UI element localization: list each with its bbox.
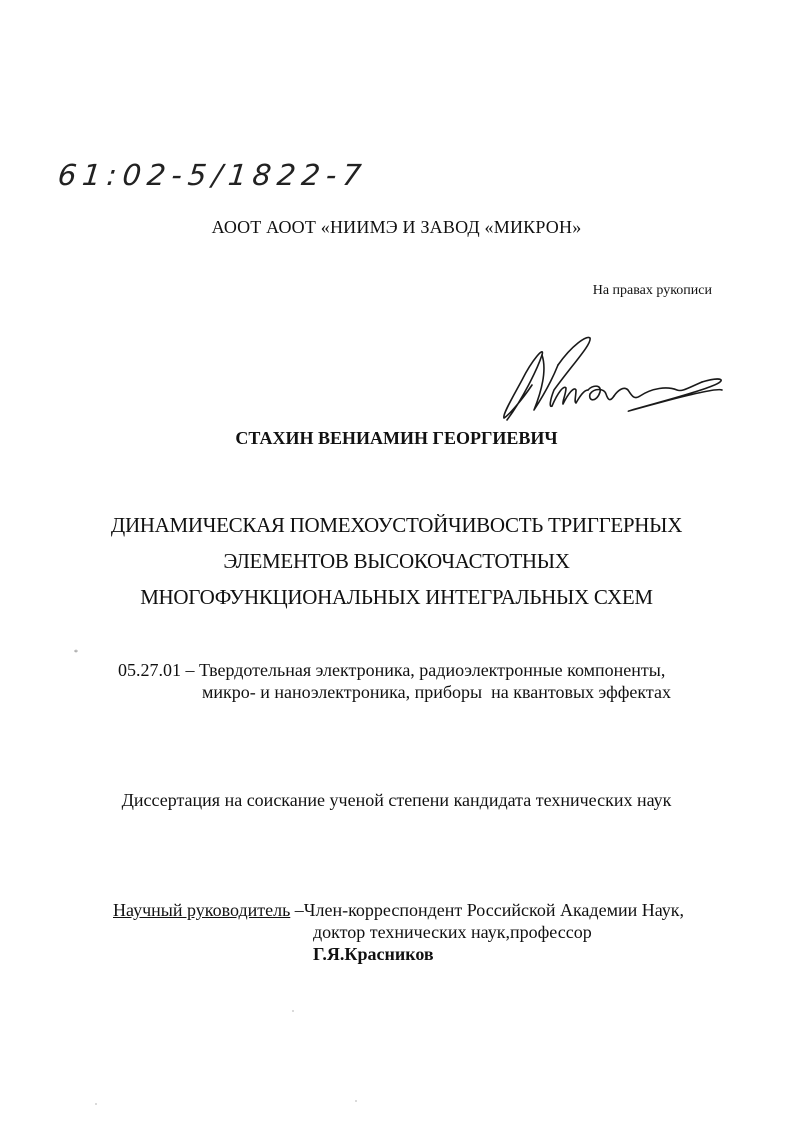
signature-icon bbox=[492, 330, 742, 430]
advisor-title-line1: Член-корреспондент Российской Академии Н… bbox=[304, 900, 684, 920]
advisor-name: Г.Я.Красников bbox=[113, 943, 684, 965]
advisor-block: Научный руководитель –Член-корреспондент… bbox=[113, 899, 684, 965]
advisor-dash: – bbox=[290, 900, 304, 920]
title-line: ЭЛЕМЕНТОВ ВЫСОКОЧАСТОТНЫХ bbox=[0, 543, 793, 579]
scan-speck bbox=[95, 1103, 97, 1105]
scan-speck bbox=[292, 1010, 294, 1012]
author-name: СТАХИН ВЕНИАМИН ГЕОРГИЕВИЧ bbox=[0, 428, 793, 449]
dissertation-title: ДИНАМИЧЕСКАЯ ПОМЕХОУСТОЙЧИВОСТЬ ТРИГГЕРН… bbox=[0, 507, 793, 615]
title-line: ДИНАМИЧЕСКАЯ ПОМЕХОУСТОЙЧИВОСТЬ ТРИГГЕРН… bbox=[0, 507, 793, 543]
advisor-role-label: Научный руководитель bbox=[113, 900, 290, 920]
advisor-title-line2: доктор технических наук,профессор bbox=[113, 921, 684, 943]
degree-statement: Диссертация на соискание ученой степени … bbox=[0, 790, 793, 811]
scan-speck bbox=[355, 1100, 357, 1102]
organization-name: АООТ АООТ «НИИМЭ И ЗАВОД «МИКРОН» bbox=[0, 217, 793, 238]
specialty-dash: – bbox=[186, 660, 195, 680]
specialty-code: 05.27.01 bbox=[118, 660, 181, 680]
specialty-block: 05.27.01 – Твердотельная электроника, ра… bbox=[118, 659, 671, 703]
specialty-line2: микро- и наноэлектроника, приборы на ква… bbox=[118, 681, 671, 703]
title-line: МНОГОФУНКЦИОНАЛЬНЫХ ИНТЕГРАЛЬНЫХ СХЕМ bbox=[0, 579, 793, 615]
asterisk-mark-icon: * bbox=[74, 648, 78, 657]
handwritten-call-number: 61:02-5/1822-7 bbox=[56, 158, 369, 192]
rights-note: На правах рукописи bbox=[593, 283, 712, 299]
specialty-line1: Твердотельная электроника, радиоэлектрон… bbox=[199, 660, 665, 680]
